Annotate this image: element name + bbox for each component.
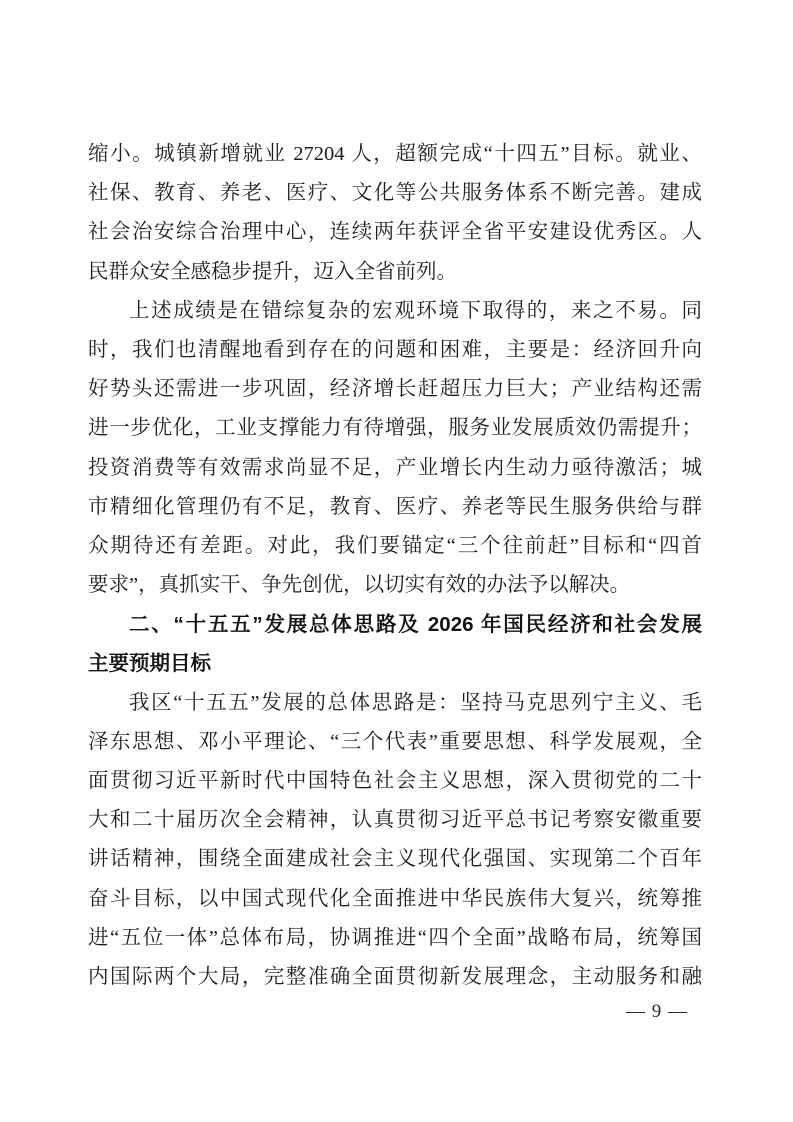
text-line: 讲话精神，围绕全面建成社会主义现代化强国、实现第二个百年 [88,840,702,879]
text-line: 我区“十五五”发展的总体思路是：坚持马克思列宁主义、毛 [88,684,702,723]
section-heading-line: 主要预期目标 [88,644,702,683]
text-line: 上述成绩是在错综复杂的宏观环境下取得的，来之不易。同 [88,292,702,331]
text-line: 社保、教育、养老、医疗、文化等公共服务体系不断完善。建成 [88,174,702,213]
page-number: — 9 — [626,1001,688,1023]
text-line: 好势头还需进一步巩固，经济增长赶超压力巨大；产业结构还需 [88,370,702,409]
text-line: 奋斗目标，以中国式现代化全面推进中华民族伟大复兴，统筹推 [88,880,702,919]
text-line: 大和二十届历次全会精神，认真贯彻习近平总书记考察安徽重要 [88,801,702,840]
scanned-document-page: 缩小。城镇新增就业 27204 人，超额完成“十四五”目标。就业、 社保、教育、… [0,0,793,1122]
text-line: 进“五位一体”总体布局，协调推进“四个全面”战略布局，统筹国 [88,919,702,958]
text-line: 进一步优化，工业支撑能力有待增强，服务业发展质效仍需提升； [88,409,702,448]
text-line: 泽东思想、邓小平理论、“三个代表”重要思想、科学发展观，全 [88,723,702,762]
section-heading-line: 二、“十五五”发展总体思路及 2026 年国民经济和社会发展 [88,605,702,644]
document-body: 缩小。城镇新增就业 27204 人，超额完成“十四五”目标。就业、 社保、教育、… [88,135,702,997]
text-line: 缩小。城镇新增就业 27204 人，超额完成“十四五”目标。就业、 [88,135,702,174]
text-line: 内国际两个大局，完整准确全面贯彻新发展理念，主动服务和融 [88,958,702,997]
text-line: 众期待还有差距。对此，我们要锚定“三个往前赶”目标和“四首 [88,527,702,566]
text-line: 民群众安全感稳步提升，迈入全省前列。 [88,253,702,292]
text-line: 要求”，真抓实干、争先创优，以切实有效的办法予以解决。 [88,566,702,605]
text-line: 市精细化管理仍有不足，教育、医疗、养老等民生服务供给与群 [88,488,702,527]
text-line: 时，我们也清醒地看到存在的问题和困难，主要是：经济回升向 [88,331,702,370]
text-line: 社会治安综合治理中心，连续两年获评全省平安建设优秀区。人 [88,213,702,252]
text-line: 面贯彻习近平新时代中国特色社会主义思想，深入贯彻党的二十 [88,762,702,801]
text-line: 投资消费等有效需求尚显不足，产业增长内生动力亟待激活；城 [88,449,702,488]
